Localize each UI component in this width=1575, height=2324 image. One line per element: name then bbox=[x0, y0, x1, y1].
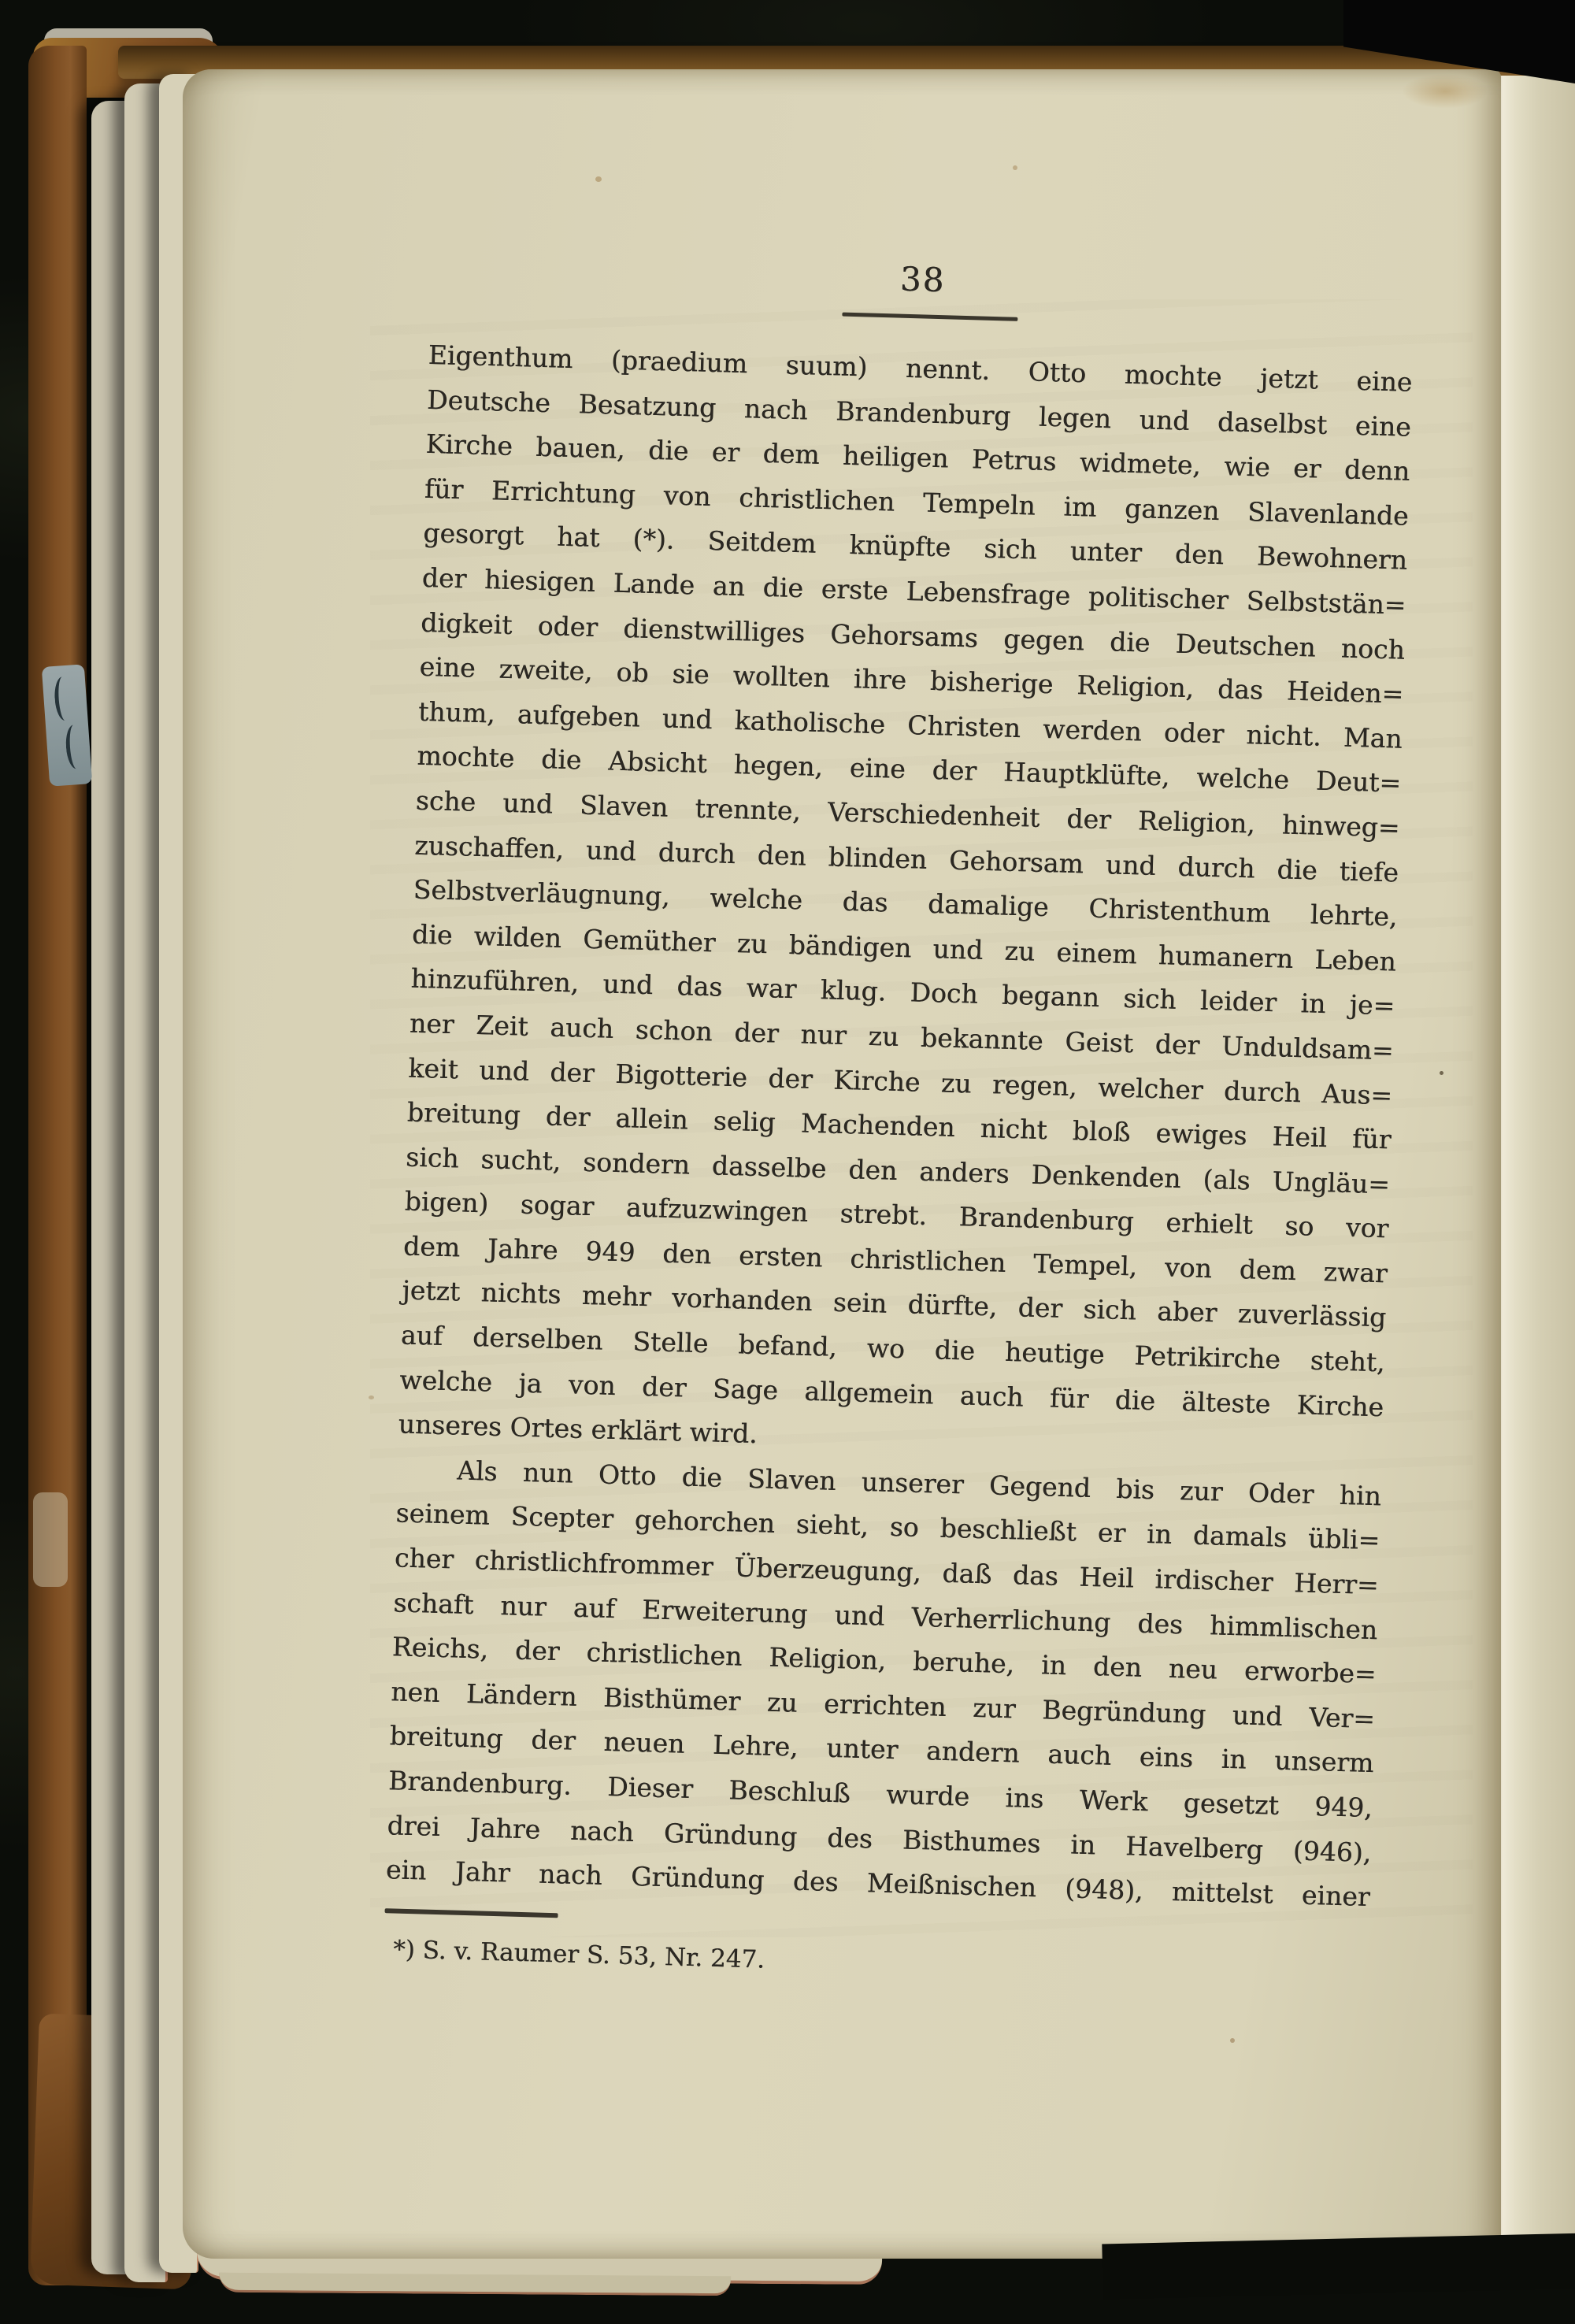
page-edge-strip bbox=[91, 101, 129, 2274]
scrap-mark bbox=[65, 725, 86, 769]
leather-spine bbox=[28, 46, 87, 2285]
stain bbox=[1402, 74, 1488, 109]
foxing-spot bbox=[595, 176, 602, 182]
blue-paper-scrap bbox=[42, 664, 92, 786]
footnote-rule bbox=[385, 1908, 558, 1918]
next-page-edge bbox=[1495, 76, 1575, 2254]
body-text: Eigenthum (praedium suum) nennt. Otto mo… bbox=[385, 333, 1413, 1920]
page-bottom-edge-stack bbox=[219, 2273, 731, 2296]
leather-worn-patch bbox=[33, 1492, 68, 1587]
scrap-mark bbox=[54, 676, 75, 721]
foxing-spot bbox=[1013, 165, 1017, 170]
foxing-spot bbox=[1230, 2038, 1235, 2043]
page-number-rule bbox=[842, 313, 1017, 321]
foxing-spot bbox=[1440, 1071, 1443, 1075]
foxing-spot bbox=[369, 1396, 374, 1399]
printed-text-block: 38 Eigenthum (praedium suum) nennt. Otto… bbox=[384, 236, 1416, 1992]
cover-corner-bottom-right bbox=[1102, 2233, 1575, 2300]
